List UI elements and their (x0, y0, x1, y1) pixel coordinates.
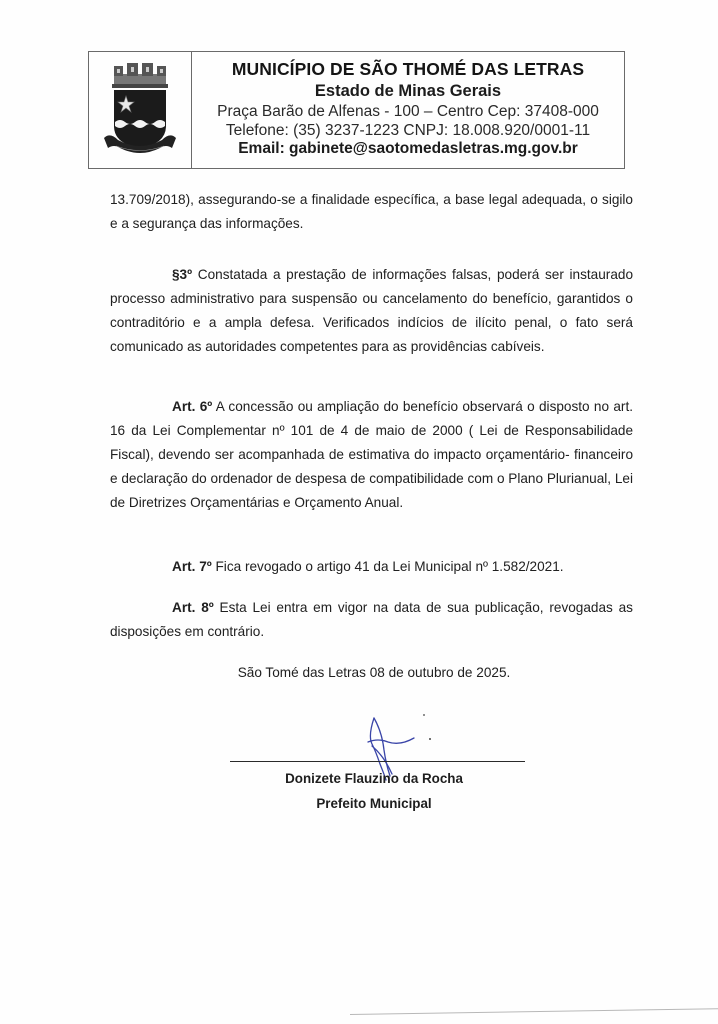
signer-title: Prefeito Municipal (0, 796, 718, 811)
letterhead: MUNICÍPIO DE SÃO THOMÉ DAS LETRAS Estado… (88, 51, 625, 169)
email-line: Email: gabinete@saotomedasletras.mg.gov.… (192, 141, 624, 157)
signer-name: Donizete Flauzino da Rocha (0, 771, 718, 786)
article-8: Art. 8º Esta Lei entra em vigor na data … (110, 596, 633, 644)
paragraph-3-label: §3º (172, 267, 192, 282)
state-name: Estado de Minas Gerais (192, 83, 624, 100)
article-6-text: A concessão ou ampliação do benefício ob… (110, 399, 633, 510)
letterhead-text: MUNICÍPIO DE SÃO THOMÉ DAS LETRAS Estado… (192, 52, 624, 168)
address-line: Praça Barão de Alfenas - 100 – Centro Ce… (192, 104, 624, 120)
article-8-label: Art. 8º (172, 600, 214, 615)
coat-of-arms-icon (100, 60, 180, 160)
article-7: Art. 7º Fica revogado o artigo 41 da Lei… (110, 555, 633, 579)
paragraph-3: §3º Constatada a prestação de informaçõe… (110, 263, 633, 359)
document-page: MUNICÍPIO DE SÃO THOMÉ DAS LETRAS Estado… (0, 0, 718, 1024)
article-6-label: Art. 6º (172, 399, 212, 414)
intro-paragraph: 13.709/2018), assegurando-se a finalidad… (110, 188, 633, 236)
article-7-text: Fica revogado o artigo 41 da Lei Municip… (212, 559, 564, 574)
municipality-title: MUNICÍPIO DE SÃO THOMÉ DAS LETRAS (192, 61, 624, 79)
signature-line (230, 761, 525, 762)
phone-cnpj-line: Telefone: (35) 3237-1223 CNPJ: 18.008.92… (192, 123, 624, 139)
article-6: Art. 6º A concessão ou ampliação do bene… (110, 395, 633, 515)
place-and-date: São Tomé das Letras 08 de outubro de 202… (0, 665, 718, 680)
scan-page-edge (350, 1008, 718, 1015)
logo-cell (89, 52, 192, 168)
article-7-label: Art. 7º (172, 559, 212, 574)
